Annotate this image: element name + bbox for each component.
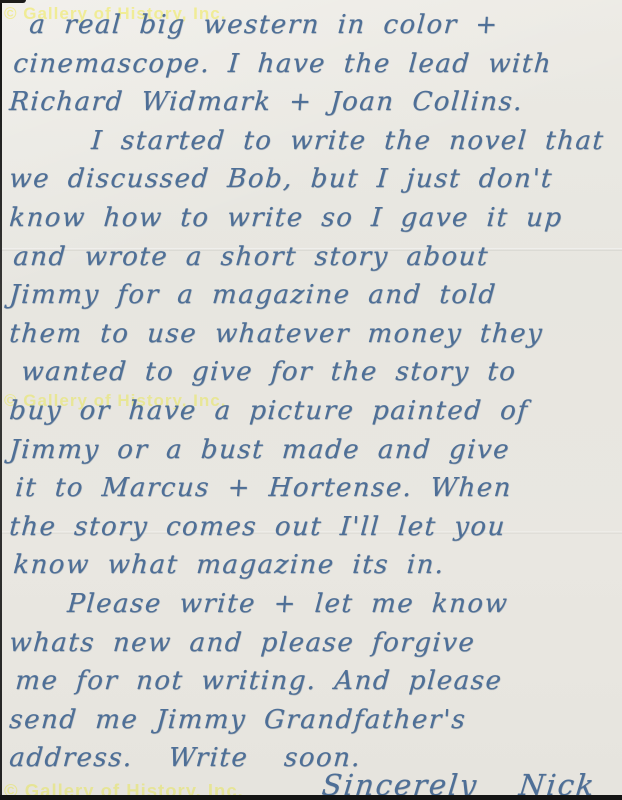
scan-edge-left [0,0,2,800]
letter-line: whats new and please forgive [8,624,619,663]
letter-line: the story comes out I'll let you [8,508,619,547]
letter-line: buy or have a picture painted of [8,392,619,431]
letter-line: a real big western in color + [8,6,619,45]
letter-line: know what magazine its in. [8,546,619,585]
letter-line: me for not writing. And please [8,662,619,701]
letter-line: know how to write so I gave it up [8,199,619,238]
letter-line: send me Jimmy Grandfather's [8,701,619,740]
letter-page: a real big western in color + cinemascop… [0,0,622,800]
letter-line: cinemascope. I have the lead with [8,45,619,84]
letter-line: we discussed Bob, but I just don't [8,160,619,199]
scan-edge-bottom [0,795,622,800]
letter-line: Richard Widmark + Joan Collins. [8,83,619,122]
letter-line: wanted to give for the story to [8,353,619,392]
letter-line: and wrote a short story about [8,238,619,277]
letter-line: them to use whatever money they [8,315,619,354]
letter-line: Jimmy for a magazine and told [8,276,619,315]
letter-body: a real big western in color + cinemascop… [8,6,616,800]
letter-line: Please write + let me know [8,585,619,624]
letter-line: Jimmy or a bust made and give [8,431,619,470]
scan-edge-corner [0,0,26,3]
letter-line: I started to write the novel that [8,122,619,161]
letter-line: it to Marcus + Hortense. When [8,469,619,508]
